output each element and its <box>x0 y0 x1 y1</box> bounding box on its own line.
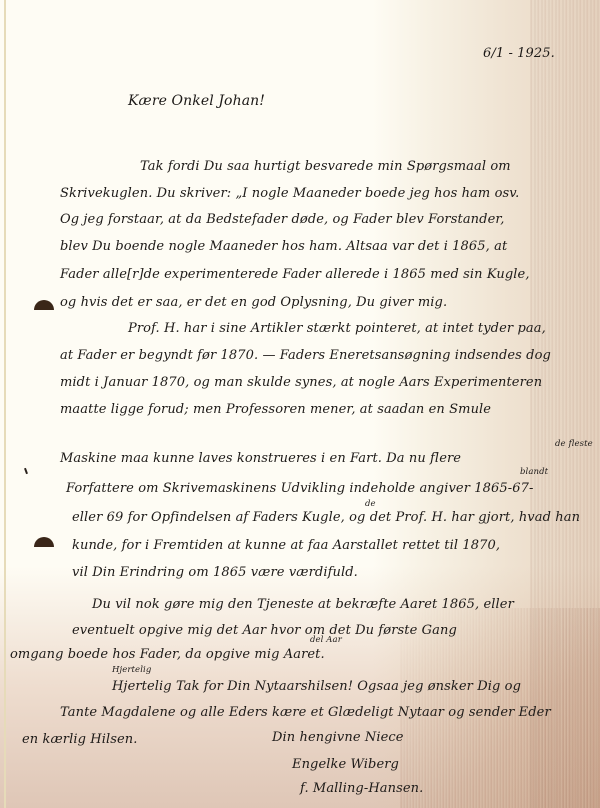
letter-line: og hvis det er saa, er det en god Oplysn… <box>60 296 447 309</box>
letter-line: omgang boede hos Fader, da opgive mig Aa… <box>10 648 325 661</box>
letter-closing: Din hengivne Niece <box>272 731 404 744</box>
letter-line: Fader alle[r]de experimenterede Fader al… <box>60 268 530 281</box>
letter-line: eventuelt opgive mig det Aar hvor om det… <box>72 624 457 637</box>
letter-line: Maskine maa kunne laves konstrueres i en… <box>60 452 461 465</box>
signature: Engelke Wiberg <box>292 758 399 771</box>
letter-line: Tak fordi Du saa hurtigt besvarede min S… <box>140 160 511 173</box>
ink-mark <box>24 468 28 474</box>
letter-line: Du vil nok gøre mig den Tjeneste at bekr… <box>92 598 514 611</box>
letter-line: eller 69 for Opfindelsen af Faders Kugle… <box>72 511 580 524</box>
interlinear-insertion: de <box>365 500 376 509</box>
punch-hole-icon <box>34 300 54 310</box>
letter-line: kunde, for i Fremtiden at kunne at faa A… <box>72 539 500 552</box>
page-edge-shadow <box>4 0 6 808</box>
interlinear-insertion: Hjertelig <box>112 666 151 675</box>
letter-line: maatte ligge forud; men Professoren mene… <box>60 403 491 416</box>
letter-salutation: Kære Onkel Johan! <box>128 94 265 108</box>
letter-line: blev Du boende nogle Maaneder hos ham. A… <box>60 240 507 253</box>
letter-line: vil Din Erindring om 1865 være værdifuld… <box>72 566 358 579</box>
letter-line: midt i Januar 1870, og man skulde synes,… <box>60 376 542 389</box>
letter-line: at Fader er begyndt før 1870. — Faders E… <box>60 349 551 362</box>
signature-maiden-name: f. Malling-Hansen. <box>300 782 423 795</box>
letter-page: 6/1 - 1925. Kære Onkel Johan! Tak fordi … <box>0 0 600 808</box>
letter-line: Skrivekuglen. Du skriver: „I nogle Maane… <box>60 187 519 200</box>
letter-date: 6/1 - 1925. <box>483 47 555 60</box>
letter-line: Forfattere om Skrivemaskinens Udvikling … <box>66 482 533 495</box>
interlinear-insertion: del Aar <box>310 636 342 645</box>
punch-hole-icon <box>34 537 54 547</box>
letter-line: Prof. H. har i sine Artikler stærkt poin… <box>128 322 546 335</box>
letter-line: Hjertelig Tak for Din Nytaarshilsen! Ogs… <box>112 680 521 693</box>
letter-line: Og jeg forstaar, at da Bedstefader døde,… <box>60 213 505 226</box>
letter-line: en kærlig Hilsen. <box>22 733 138 746</box>
interlinear-insertion: blandt <box>520 468 548 477</box>
letter-line: Tante Magdalene og alle Eders kære et Gl… <box>60 706 551 719</box>
interlinear-insertion: de fleste <box>555 440 593 449</box>
